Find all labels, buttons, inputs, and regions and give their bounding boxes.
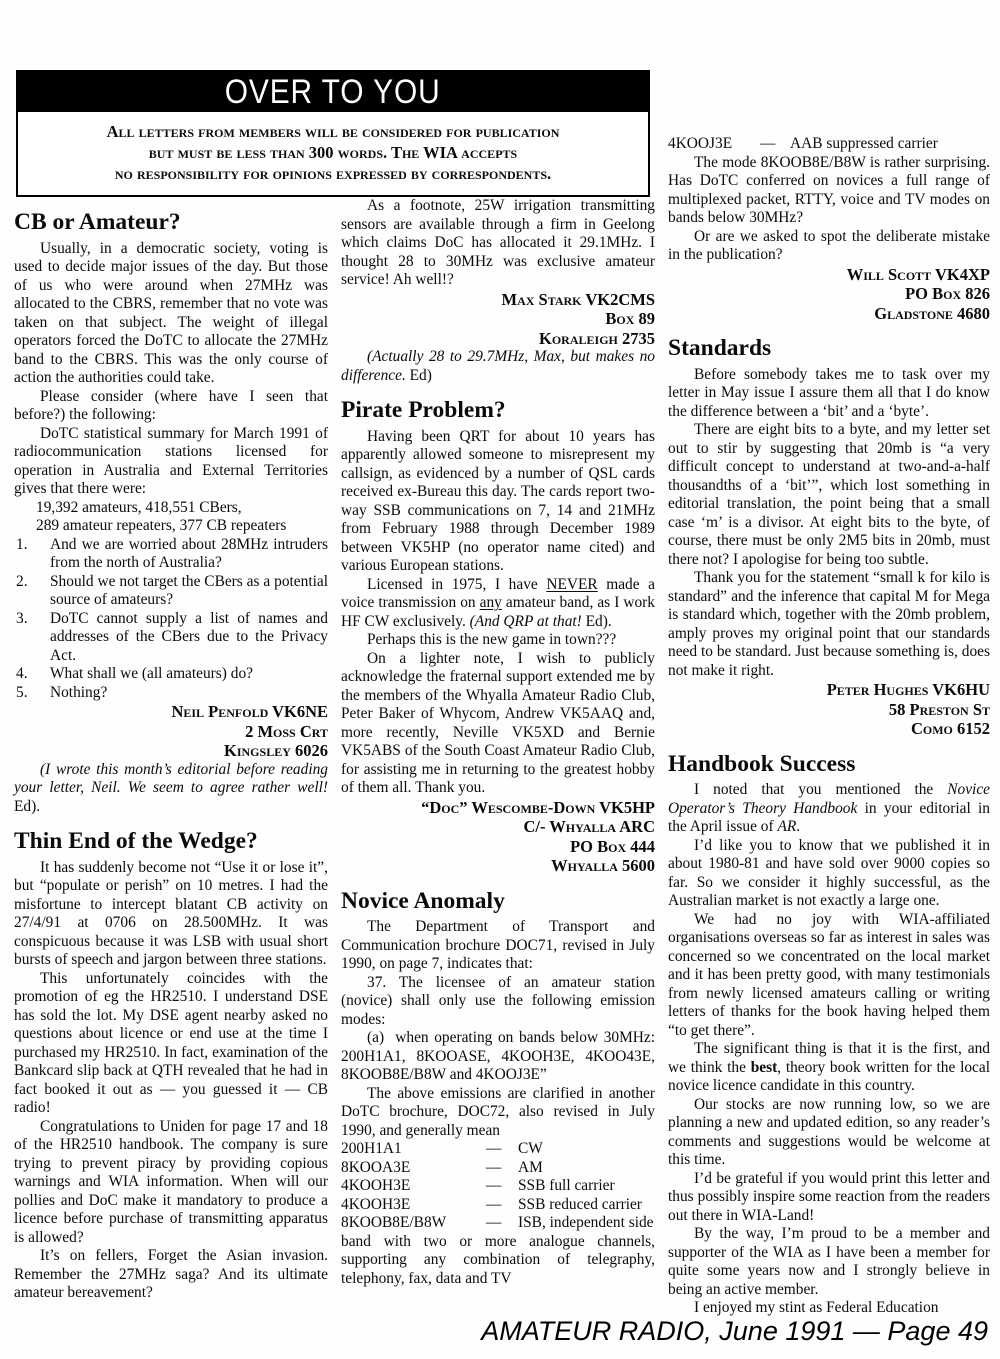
paragraph: Perhaps this is the new game in town???: [341, 631, 655, 650]
signature-line: 2 Moss Crt: [14, 722, 328, 742]
mode-code: 4KOOH3E: [341, 1196, 486, 1215]
text-column-2: As a footnote, 25W irrigation transmitti…: [341, 197, 655, 1303]
dash: —: [486, 1196, 518, 1215]
paragraph: Licensed in 1975, I have NEVER made a vo…: [341, 576, 655, 632]
paragraph: Our stocks are now running low, so we ar…: [668, 1096, 990, 1170]
paragraph: It’s on fellers, Forget the Asian invasi…: [14, 1247, 328, 1303]
submission-notice-line: All letters from members will be conside…: [44, 121, 622, 142]
signature-line: C/- Whyalla ARC: [341, 817, 655, 837]
text-column-1: CB or Amateur?Usually, in a democratic s…: [14, 197, 328, 1303]
paragraph: 37. The licensee of an amateur station (…: [341, 974, 655, 1030]
signature-line: Koraleigh 2735: [341, 329, 655, 349]
page-footer: AMATEUR RADIO, June 1991 — Page 49: [481, 1316, 988, 1347]
paragraph: By the way, I’m proud to be a member and…: [668, 1225, 990, 1299]
item-text: Nothing?: [50, 684, 328, 703]
paragraph: On a lighter note, I wish to publicly ac…: [341, 650, 655, 798]
paragraph: I’d like you to know that we published i…: [668, 837, 990, 911]
item-number: 4.: [14, 665, 50, 684]
item-text: DoTC cannot supply a list of names and a…: [50, 610, 328, 666]
dash: —: [486, 1177, 518, 1196]
emission-mode-row: 8KOOA3E—AM: [341, 1159, 655, 1178]
left-section: OVER TO YOU All letters from members wil…: [14, 70, 655, 1318]
item-number: 2.: [14, 573, 50, 610]
mode-code: 200H1A1: [341, 1140, 486, 1159]
section-heading: CB or Amateur?: [14, 210, 328, 235]
signature-line: Will Scott VK4XP: [668, 265, 990, 285]
paragraph: DoTC statistical summary for March 1991 …: [14, 425, 328, 499]
dash: —: [486, 1214, 518, 1233]
paragraph: I noted that you mentioned the Novice Op…: [668, 781, 990, 837]
dash: —: [760, 135, 790, 154]
footer-issue-page: , June 1991 — Page 49: [704, 1316, 988, 1346]
signature-line: “Doc” Wescombe-Down VK5HP: [341, 798, 655, 818]
paragraph: Before somebody takes me to task over my…: [668, 366, 990, 422]
mode-description: AM: [518, 1159, 655, 1178]
letter-signature: Will Scott VK4XPPO Box 826Gladstone 4680: [668, 265, 990, 324]
submission-notice: All letters from members will be conside…: [18, 112, 648, 195]
mode-description: SSB reduced carrier: [518, 1196, 655, 1215]
mode-description: CW: [518, 1140, 655, 1159]
signature-line: Gladstone 4680: [668, 304, 990, 324]
mode-code: 4KOOJ3E: [668, 135, 760, 154]
dash: —: [486, 1159, 518, 1178]
paragraph: Congratulations to Uniden for page 17 an…: [14, 1118, 328, 1248]
numbered-item: 2.Should we not target the CBers as a po…: [14, 573, 328, 610]
mode-description: AAB suppressed carrier: [790, 135, 990, 154]
letter-signature: Peter Hughes VK6HU58 Preston StComo 6152: [668, 680, 990, 739]
paragraph: As a footnote, 25W irrigation transmitti…: [341, 197, 655, 290]
mode-code: 4KOOH3E: [341, 1177, 486, 1196]
paragraph: There are eight bits to a byte, and my l…: [668, 421, 990, 569]
item-number: 5.: [14, 684, 50, 703]
signature-line: PO Box 826: [668, 284, 990, 304]
section-heading: Pirate Problem?: [341, 398, 655, 423]
paragraph: The Department of Transport and Communic…: [341, 918, 655, 974]
item-text: What shall we (all amateurs) do?: [50, 665, 328, 684]
letters-header-bar: OVER TO YOU: [18, 72, 648, 112]
letter-signature: Neil Penfold VK6NE2 Moss CrtKingsley 602…: [14, 702, 328, 761]
paragraph: (a) when operating on bands below 30MHz:…: [341, 1029, 655, 1085]
item-text: Should we not target the CBers as a pote…: [50, 573, 328, 610]
signature-line: 58 Preston St: [668, 700, 990, 720]
paragraph: It has suddenly become not “Use it or lo…: [14, 859, 328, 970]
section-heading: Novice Anomaly: [341, 889, 655, 914]
paragraph: The above emissions are clarified in ano…: [341, 1085, 655, 1141]
paragraph: I’d be grateful if you would print this …: [668, 1170, 990, 1226]
mode-description: SSB full carrier: [518, 1177, 655, 1196]
emission-mode-row: 4KOOH3E—SSB full carrier: [341, 1177, 655, 1196]
statistic-line: 289 amateur repeaters, 377 CB repeaters: [36, 517, 328, 536]
signature-line: PO Box 444: [341, 837, 655, 857]
numbered-item: 1.And we are worried about 28MHz intrude…: [14, 536, 328, 573]
paragraph: band with two or more analogue channels,…: [341, 1233, 655, 1289]
emission-mode-row: 8KOOB8E/B8W—ISB, independent side: [341, 1214, 655, 1233]
letters-header-box: OVER TO YOU All letters from members wil…: [16, 70, 650, 197]
signature-line: Box 89: [341, 309, 655, 329]
two-column-area: CB or Amateur?Usually, in a democratic s…: [14, 197, 655, 1303]
signature-line: Como 6152: [668, 719, 990, 739]
paragraph: Having been QRT for about 10 years has a…: [341, 428, 655, 576]
section-heading: Handbook Success: [668, 752, 990, 777]
magazine-page: OVER TO YOU All letters from members wil…: [0, 0, 1000, 1359]
numbered-item: 3.DoTC cannot supply a list of names and…: [14, 610, 328, 666]
column-title: OVER TO YOU: [225, 73, 441, 112]
numbered-item: 5.Nothing?: [14, 684, 328, 703]
paragraph: Or are we asked to spot the deliberate m…: [668, 228, 990, 265]
paragraph: We had no joy with WIA-affiliated organi…: [668, 911, 990, 1041]
item-number: 1.: [14, 536, 50, 573]
item-text: And we are worried about 28MHz intruders…: [50, 536, 328, 573]
emission-mode-row: 4KOOJ3E—AAB suppressed carrier: [668, 135, 990, 154]
emission-mode-row: 4KOOH3E—SSB reduced carrier: [341, 1196, 655, 1215]
submission-notice-line: but must be less than 300 words. The WIA…: [44, 142, 622, 163]
mode-code: 8KOOB8E/B8W: [341, 1214, 486, 1233]
paragraph: Usually, in a democratic society, voting…: [14, 240, 328, 388]
paragraph: This unfortunately coincides with the pr…: [14, 970, 328, 1118]
dash: —: [486, 1140, 518, 1159]
mode-code: 8KOOA3E: [341, 1159, 486, 1178]
signature-line: Peter Hughes VK6HU: [668, 680, 990, 700]
letter-signature: Max Stark VK2CMSBox 89Koraleigh 2735: [341, 290, 655, 349]
paragraph: The significant thing is that it is the …: [668, 1040, 990, 1096]
signature-line: Kingsley 6026: [14, 741, 328, 761]
emission-mode-row: 200H1A1—CW: [341, 1140, 655, 1159]
paragraph: Please consider (where have I seen that …: [14, 388, 328, 425]
letter-signature: “Doc” Wescombe-Down VK5HPC/- Whyalla ARC…: [341, 798, 655, 876]
item-number: 3.: [14, 610, 50, 666]
section-heading: Thin End of the Wedge?: [14, 829, 328, 854]
section-heading: Standards: [668, 336, 990, 361]
paragraph: The mode 8KOOB8E/B8W is rather surprisin…: [668, 154, 990, 228]
paragraph: (I wrote this month’s editorial before r…: [14, 761, 328, 817]
mode-description: ISB, independent side: [518, 1214, 655, 1233]
signature-line: Whyalla 5600: [341, 856, 655, 876]
statistic-line: 19,392 amateurs, 418,551 CBers,: [36, 499, 328, 518]
paragraph: Thank you for the statement “small k for…: [668, 569, 990, 680]
text-column-3: 4KOOJ3E—AAB suppressed carrierThe mode 8…: [668, 135, 990, 1318]
paragraph: (Actually 28 to 29.7MHz, Max, but makes …: [341, 348, 655, 385]
signature-line: Neil Penfold VK6NE: [14, 702, 328, 722]
magazine-title: AMATEUR RADIO: [481, 1316, 704, 1346]
signature-line: Max Stark VK2CMS: [341, 290, 655, 310]
numbered-item: 4.What shall we (all amateurs) do?: [14, 665, 328, 684]
submission-notice-line: no responsibility for opinions expressed…: [44, 163, 622, 184]
page-content: OVER TO YOU All letters from members wil…: [0, 0, 1000, 1318]
